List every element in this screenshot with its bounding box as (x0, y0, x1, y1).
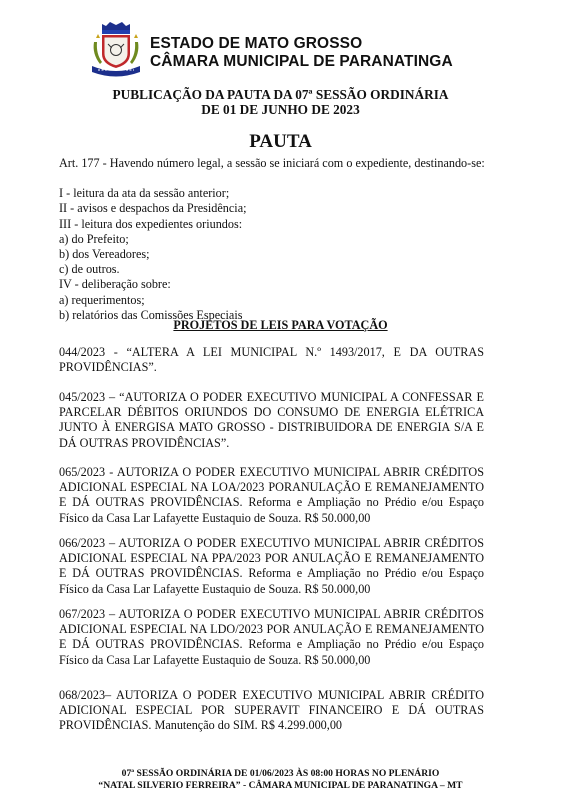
agenda-item: a) requerimentos; (59, 293, 484, 308)
session-footer: 07ª SESSÃO ORDINÁRIA DE 01/06/2023 ÀS 08… (0, 768, 561, 792)
agenda-item: b) dos Vereadores; (59, 247, 484, 262)
footer-line1: 07ª SESSÃO ORDINÁRIA DE 01/06/2023 ÀS 08… (0, 768, 561, 780)
pauta-heading: PAUTA (0, 131, 561, 153)
agenda-section: Art. 177 - Havendo número legal, a sessã… (59, 156, 484, 323)
coat-of-arms-icon (86, 20, 146, 80)
agenda-item: c) de outros. (59, 262, 484, 277)
publication-title: PUBLICAÇÃO DA PAUTA DA 07ª SESSÃO ORDINÁ… (0, 87, 561, 117)
project-item: 066/2023 – AUTORIZA O PODER EXECUTIVO MU… (59, 536, 484, 597)
agenda-intro: Art. 177 - Havendo número legal, a sessã… (59, 156, 484, 171)
project-item: 067/2023 – AUTORIZA O PODER EXECUTIVO MU… (59, 607, 484, 668)
project-item: 068/2023– AUTORIZA O PODER EXECUTIVO MUN… (59, 688, 484, 734)
publication-title-line2: DE 01 DE JUNHO DE 2023 (0, 102, 561, 117)
agenda-items: I - leitura da ata da sessão anterior; I… (59, 186, 484, 323)
agenda-item: III - leitura dos expedientes oriundos: (59, 217, 484, 232)
organization-title: ESTADO DE MATO GROSSO CÂMARA MUNICIPAL D… (150, 35, 453, 71)
project-item: 044/2023 - “ALTERA A LEI MUNICIPAL N.º 1… (59, 345, 484, 375)
document-header: ESTADO DE MATO GROSSO CÂMARA MUNICIPAL D… (86, 20, 506, 80)
state-name: ESTADO DE MATO GROSSO (150, 35, 453, 53)
agenda-item: II - avisos e despachos da Presidência; (59, 201, 484, 216)
chamber-name: CÂMARA MUNICIPAL DE PARANATINGA (150, 53, 453, 71)
agenda-item: a) do Prefeito; (59, 232, 484, 247)
agenda-item: I - leitura da ata da sessão anterior; (59, 186, 484, 201)
agenda-item: IV - deliberação sobre: (59, 277, 484, 292)
project-item: 045/2023 – “AUTORIZA O PODER EXECUTIVO M… (59, 390, 484, 451)
footer-line2: “NATAL SILVERIO FERREIRA” - CÂMARA MUNIC… (0, 780, 561, 792)
project-item: 065/2023 - AUTORIZA O PODER EXECUTIVO MU… (59, 465, 484, 526)
publication-title-line1: PUBLICAÇÃO DA PAUTA DA 07ª SESSÃO ORDINÁ… (0, 87, 561, 102)
projects-section-title: PROJETOS DE LEIS PARA VOTAÇÃO (0, 318, 561, 333)
